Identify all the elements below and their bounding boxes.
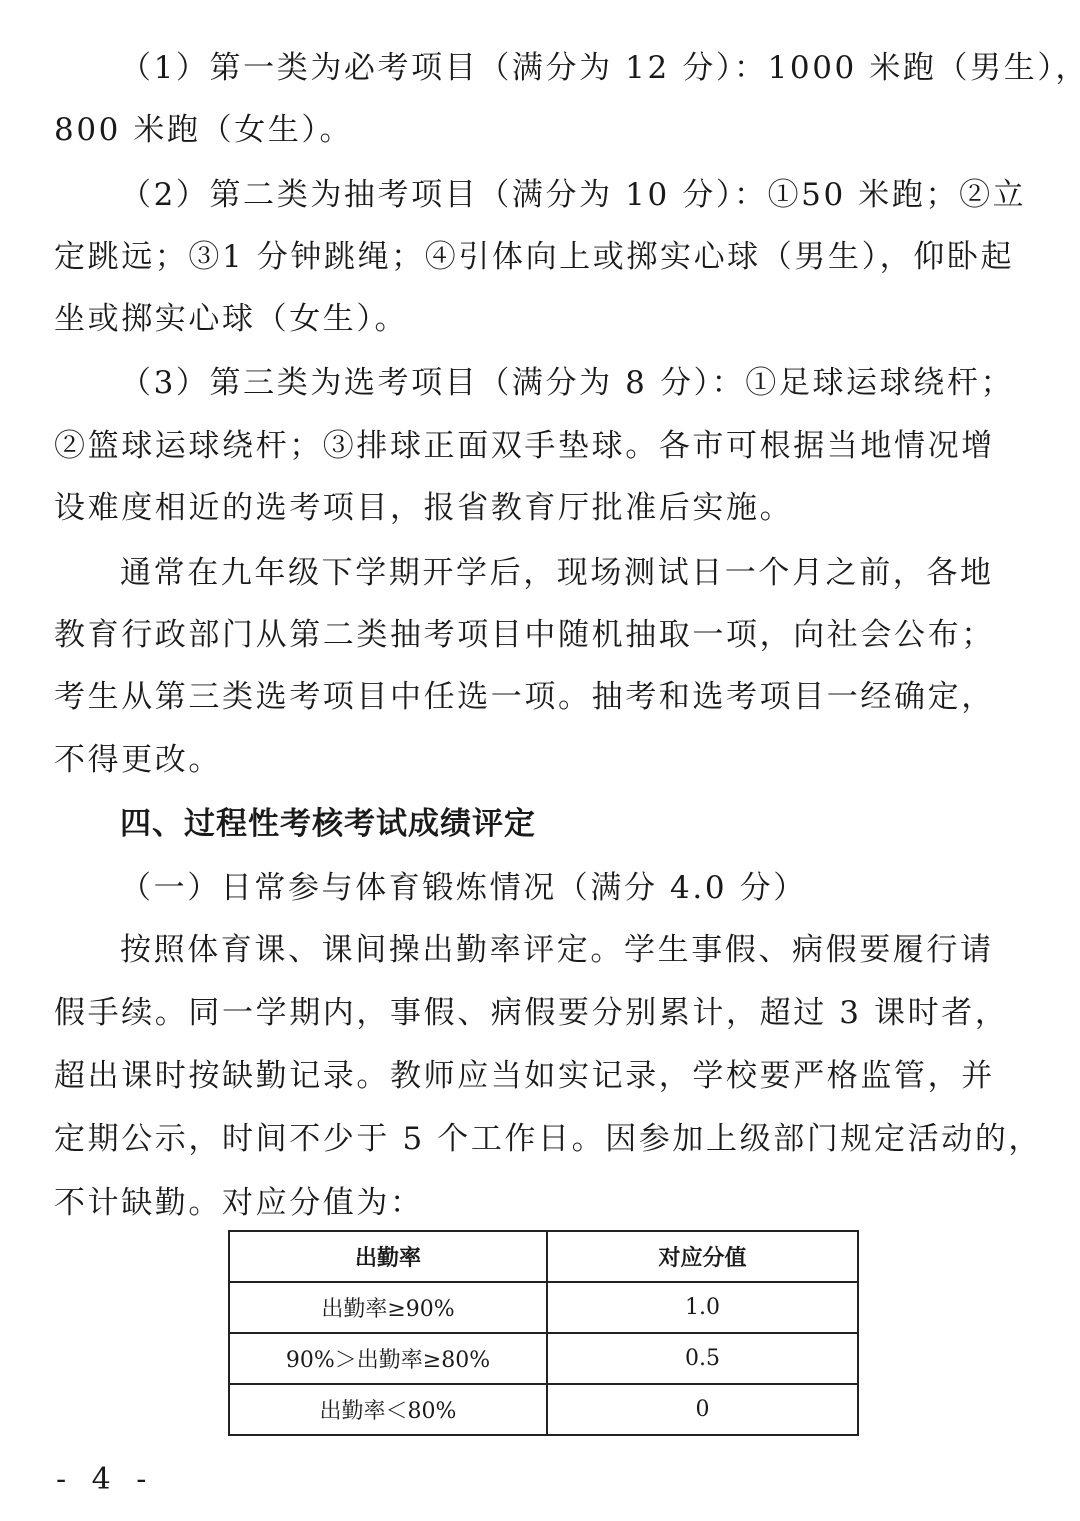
paragraph-line: 按照体育课、课间操出勤率评定。学生事假、病假要履行请 xyxy=(120,930,994,970)
paragraph-line: 考生从第三类选考项目中任选一项。抽考和选考项目一经确定， xyxy=(54,677,995,717)
table-header-row: 出勤率 对应分值 xyxy=(229,1231,858,1282)
paragraph-line: 假手续。同一学期内，事假、病假要分别累计，超过 3 课时者， xyxy=(54,993,1008,1033)
section-heading: 四、过程性考核考试成绩评定 xyxy=(120,804,536,844)
paragraph-line: 坐或掷实心球（女生）。 xyxy=(54,299,408,339)
paragraph-line: （2）第二类为抽考项目（满分为 10 分）：①50 米跑；②立 xyxy=(120,175,1026,215)
header-score: 对应分值 xyxy=(547,1231,858,1282)
cell-score: 0 xyxy=(547,1384,858,1435)
cell-score: 0.5 xyxy=(547,1333,858,1384)
cell-rate: 90%＞出勤率≥80% xyxy=(229,1333,547,1384)
paragraph-line: ②篮球运球绕杆；③排球正面双手垫球。各市可根据当地情况增 xyxy=(54,426,995,466)
cell-rate: 出勤率≥90% xyxy=(229,1282,547,1333)
paragraph-line: 定期公示，时间不少于 5 个工作日。因参加上级部门规定活动的， xyxy=(54,1119,1042,1159)
paragraph-line: 不得更改。 xyxy=(54,740,222,780)
paragraph-line: 设难度相近的选考项目，报省教育厅批准后实施。 xyxy=(54,488,793,528)
paragraph-line: 不计缺勤。对应分值为： xyxy=(54,1183,424,1223)
table-row: 出勤率＜80% 0 xyxy=(229,1384,858,1435)
table-row: 90%＞出勤率≥80% 0.5 xyxy=(229,1333,858,1384)
paragraph-line: 超出课时按缺勤记录。教师应当如实记录，学校要严格监管，并 xyxy=(54,1056,995,1096)
attendance-score-table: 出勤率 对应分值 出勤率≥90% 1.0 90%＞出勤率≥80% 0.5 出勤率… xyxy=(228,1230,859,1436)
paragraph-line: 教育行政部门从第二类抽考项目中随机抽取一项，向社会公布； xyxy=(54,615,995,655)
subsection-heading: （一）日常参与体育锻炼情况（满分 4.0 分） xyxy=(120,868,807,908)
paragraph-line: （1）第一类为必考项目（满分为 12 分）：1000 米跑（男生）， xyxy=(120,48,1080,88)
table-row: 出勤率≥90% 1.0 xyxy=(229,1282,858,1333)
paragraph-line: （3）第三类为选考项目（满分为 8 分）：①足球运球绕杆； xyxy=(120,363,1014,403)
paragraph-line: 800 米跑（女生）。 xyxy=(54,110,353,150)
paragraph-line: 通常在九年级下学期开学后，现场测试日一个月之前，各地 xyxy=(120,553,994,593)
cell-rate: 出勤率＜80% xyxy=(229,1384,547,1435)
header-attendance-rate: 出勤率 xyxy=(229,1231,547,1282)
page-number: - 4 - xyxy=(56,1462,154,1497)
cell-score: 1.0 xyxy=(547,1282,858,1333)
paragraph-line: 定跳远；③1 分钟跳绳；④引体向上或掷实心球（男生），仰卧起 xyxy=(54,237,1014,277)
